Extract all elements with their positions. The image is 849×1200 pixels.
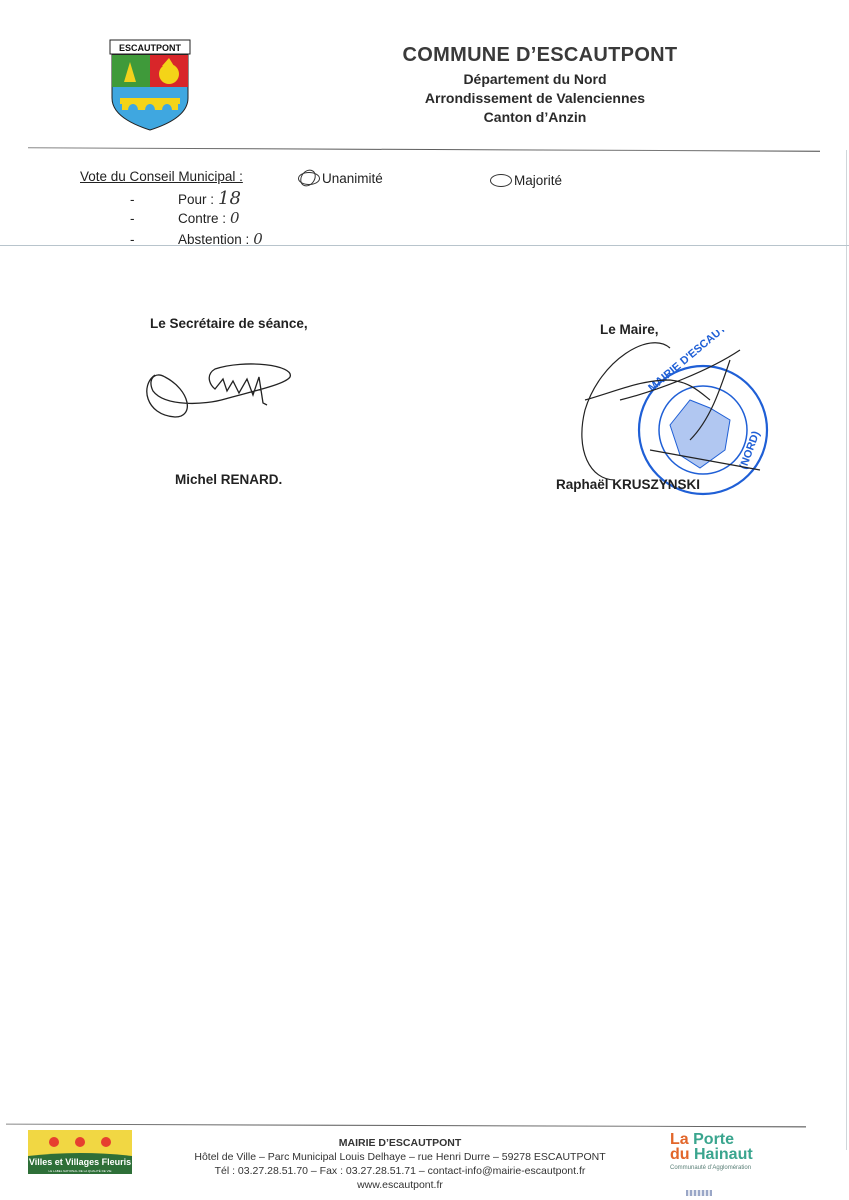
option-unanimite[interactable]: Unanimité xyxy=(298,171,383,186)
svg-text:ESCAUTPONT: ESCAUTPONT xyxy=(119,43,182,53)
secretary-name: Michel RENARD. xyxy=(175,472,282,487)
checked-oval-icon[interactable] xyxy=(298,172,320,185)
page-edge xyxy=(846,150,847,1150)
svg-text:MAIRIE D'ESCAUTPONT: MAIRIE D'ESCAUTPONT xyxy=(646,330,752,394)
header-divider xyxy=(28,147,820,151)
svg-text:Villes et Villages Fleuris: Villes et Villages Fleuris xyxy=(29,1157,131,1167)
vote-value: 0 xyxy=(230,209,240,227)
footer-address: Hôtel de Ville – Parc Municipal Louis De… xyxy=(190,1150,610,1164)
footer-contact[interactable]: Tél : 03.27.28.51.70 – Fax : 03.27.28.51… xyxy=(190,1164,610,1178)
svg-text:LE LABEL NATIONAL DE LA QUALIT: LE LABEL NATIONAL DE LA QUALITÉ DE VIE xyxy=(49,1168,112,1173)
mayor-name: Raphaël KRUSZYNSKI xyxy=(556,477,700,492)
la-porte-du-hainaut-logo: La Porte du Hainaut Communauté d’Agglomé… xyxy=(670,1132,780,1172)
departement: Département du Nord xyxy=(380,70,690,89)
vote-row-contre: -Contre :0 xyxy=(130,209,240,227)
vote-divider xyxy=(0,245,849,246)
vote-row-pour: -Pour :18 xyxy=(130,188,241,209)
oval-icon[interactable] xyxy=(490,174,512,187)
vote-value: 18 xyxy=(218,188,241,209)
vote-label: Contre : xyxy=(178,211,226,226)
secretary-role: Le Secrétaire de séance, xyxy=(150,316,308,331)
option-majorite[interactable]: Majorité xyxy=(490,173,562,188)
vote-label: Pour : xyxy=(178,192,214,207)
canton: Canton d’Anzin xyxy=(380,108,690,127)
footer-website[interactable]: www.escautpont.fr xyxy=(190,1178,610,1192)
header-block: COMMUNE D’ESCAUTPONT Département du Nord… xyxy=(360,44,690,127)
villes-et-villages-fleuris-logo: Villes et Villages Fleuris LE LABEL NATI… xyxy=(28,1130,132,1174)
secretary-signature xyxy=(135,355,305,425)
mayor-signature-and-stamp: MAIRIE D'ESCAUTPONT (NORD) xyxy=(560,330,790,500)
commune-title: COMMUNE D’ESCAUTPONT xyxy=(390,44,690,67)
footer-title: MAIRIE D’ESCAUTPONT xyxy=(190,1136,610,1150)
barcode-strip xyxy=(686,1190,712,1196)
footer-contact-block: MAIRIE D’ESCAUTPONT Hôtel de Ville – Par… xyxy=(190,1136,610,1192)
vote-title: Vote du Conseil Municipal : xyxy=(80,169,243,184)
escautpont-crest-logo: ESCAUTPONT xyxy=(108,38,192,132)
mayor-stamp: MAIRIE D'ESCAUTPONT (NORD) xyxy=(639,330,767,494)
arrondissement: Arrondissement de Valenciennes xyxy=(380,89,690,108)
footer-divider xyxy=(6,1124,806,1128)
